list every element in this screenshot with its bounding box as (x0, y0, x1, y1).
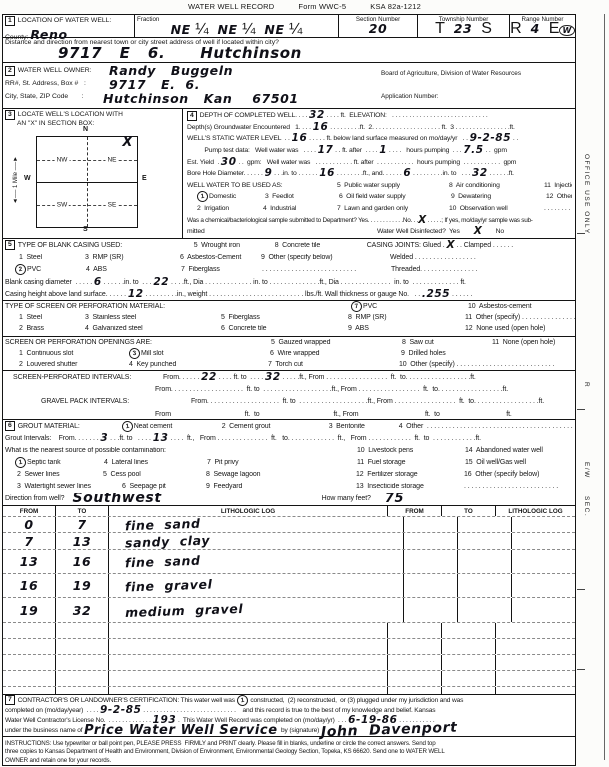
owner-address-label: RR#, St. Address, Box # : (5, 80, 86, 87)
bore-diam-2: 6 (403, 171, 411, 176)
screen-material-title: TYPE OF SCREEN OR PERFORATION MATERIAL: (5, 303, 351, 310)
range-value: 4 (531, 21, 540, 36)
from-cell-2 (388, 687, 442, 694)
contamination-question: What is the nearest source of possible c… (5, 447, 357, 454)
casing-title-line: 5TYPE OF BLANK CASING USED:5 Wrought iro… (3, 239, 575, 251)
intervals-section: SCREEN-PERFORATED INTERVALS:From. . . . … (3, 371, 575, 420)
screen-option-2: 2 Brass (19, 325, 85, 332)
opening-option-3: Mill slot (141, 350, 270, 357)
gravel-intervals-line: GRAVEL PACK INTERVALS:From. . . . . . . … (3, 396, 575, 408)
pump-gpm-value: 7.5 (463, 148, 483, 153)
quarter-mark-1: ¼ (195, 21, 208, 38)
margin-sec-label: SEC. (583, 496, 590, 517)
pump-level-value: 17 (318, 148, 334, 153)
compass-east-label: E (142, 175, 147, 182)
contam-option-15: 15 Oil well/Gas well (465, 459, 526, 466)
lith-row-2: 713sandy clay (3, 533, 575, 550)
use-title: WELL WATER TO BE USED AS: (187, 182, 337, 189)
screen-option-5: 5 Fiberglass (221, 314, 348, 321)
opening-option-2: 2 Louvered shutter (19, 361, 129, 368)
contam-option-5: 5 Cess pool (103, 471, 206, 478)
range-prefix: R (510, 20, 522, 37)
to-cell (56, 623, 109, 638)
pump-gpm-label: . . . . hours pumping . . . (387, 147, 463, 154)
sp-from-label: From. . . . . . (163, 374, 201, 381)
casing-option-5: 5 Wrought iron (194, 242, 275, 249)
to-cell-2 (458, 598, 512, 622)
location-cell: 1LOCATION OF WATER WELL: County: Reno (3, 15, 135, 37)
office-use-only-label: OFFICE USE ONLY (583, 154, 590, 235)
casing-height-value: 12 (128, 292, 144, 297)
sp-from-value: 22 (201, 375, 217, 380)
static-level-tail: . . (511, 135, 518, 142)
use-row-2: 2 Irrigation4 Industrial7 Lawn and garde… (187, 203, 572, 215)
welded-label: Welded . . . . . . . . . . . . . . . . . (390, 254, 476, 261)
opening-option-3-circled: 3 (128, 348, 140, 359)
screen-option-7-circled: 7 (350, 301, 362, 312)
office-use-margin: OFFICE USE ONLY R E/W SEC. (575, 14, 605, 760)
casing-title: TYPE OF BLANK CASING USED: (18, 242, 194, 249)
form-body: 1LOCATION OF WATER WELL: County: Reno Fr… (2, 14, 576, 766)
owner-row: 2WATER WELL OWNER: RR#, St. Address, Box… (3, 63, 575, 109)
static-level-line: WELL'S STATIC WATER LEVEL . . 16 . . . .… (187, 133, 572, 145)
log-cell: medium gravel (109, 598, 404, 622)
owner-name-value: Randy Buggeln (109, 63, 233, 78)
grout-option-4: 4 Other . . . . . . . . . . . . . . . . … (399, 423, 575, 430)
instructions-line-1: INSTRUCTIONS: Use typewriter or ball poi… (5, 739, 573, 748)
from-cell-2 (388, 623, 442, 638)
margin-tick (577, 589, 585, 590)
sample-no-x-mark: X (418, 215, 426, 226)
instructions-block: INSTRUCTIONS: Use typewriter or ball poi… (3, 737, 575, 765)
log-cell: fine gravel (109, 574, 404, 597)
est-yield-label: Est. Yield . (187, 159, 221, 166)
use-option-5: 5 Public water supply (337, 182, 449, 189)
quadrant-horizontal-divider (37, 182, 137, 183)
fraction-values: NE ¼ NE ¼ NE ¼ (135, 21, 338, 39)
openings-title: SCREEN OR PERFORATION OPENINGS ARE: (5, 339, 271, 346)
margin-tick (577, 669, 585, 670)
section-number-value: 20 (369, 21, 388, 36)
grout-title: GROUT MATERIAL: (18, 423, 122, 430)
log-cell-2 (496, 623, 575, 638)
to-cell: 19 (56, 574, 109, 597)
contam-row-1: 1Septic tank4 Lateral lines7 Pit privy11… (3, 456, 575, 468)
water-well-record-scan: WATER WELL RECORDForm WWC-5KSA 82a-1212 … (0, 0, 609, 767)
well-address-value: 9717 E 6. Hutchinson (58, 44, 302, 62)
to-cell-2 (458, 550, 512, 573)
groundwater-label: Depth(s) Groundwater Encountered 1. . . … (187, 124, 313, 131)
township-cell: Township Number T 23 S (418, 15, 510, 37)
screen-option-3: 3 Stainless steel (85, 314, 221, 321)
township-value: 23 (454, 21, 473, 36)
section-7-badge: 7 (5, 695, 15, 705)
disinfected-yes-x-mark: X (474, 226, 482, 237)
from-value: 0 (24, 517, 33, 532)
from-cell (3, 623, 56, 638)
completed-date-value: 9-2-85 (100, 708, 142, 713)
location-header-row: 1LOCATION OF WATER WELL: County: Reno Fr… (3, 15, 575, 38)
from-value: 13 (20, 554, 39, 569)
contamination-question-line: What is the nearest source of possible c… (3, 444, 575, 456)
to-cell-2 (442, 687, 496, 694)
log-cell (109, 687, 388, 694)
owner-city-label: City, State, ZIP Code : (5, 93, 83, 100)
openings-row-2: 2 Louvered shutter4 Key punched7 Torch c… (3, 359, 575, 370)
log-cell-2 (496, 687, 575, 694)
casing-option-1: 1 Steel (19, 254, 85, 261)
bore-depth-2: 32 (472, 171, 488, 176)
opening-option-5: 5 Gauzed wrapped (271, 339, 402, 346)
static-level-label: WELL'S STATIC WATER LEVEL . . (187, 135, 292, 142)
casing-row-2: 1 Steel3 RMP (SR)6 Asbestos-Cement9 Othe… (3, 251, 575, 263)
section-1-badge: 1 (5, 16, 15, 26)
use-option-2: 2 Irrigation (197, 205, 263, 212)
section-2-badge: 2 (5, 66, 15, 76)
township-prefix: T (435, 20, 445, 37)
to-cell-2 (442, 623, 496, 638)
sample-label-tail: . . . . .; If yes, mo/day/yr sample was … (426, 217, 533, 224)
margin-tick (577, 409, 585, 410)
document-title: WATER WELL RECORD (188, 2, 274, 11)
section-4-badge: 4 (187, 111, 197, 121)
opening-option-9: 9 Drilled holes (401, 350, 446, 357)
cert-line-1: 7CONTRACTOR'S OR LANDOWNER'S CERTIFICATI… (3, 695, 575, 705)
lith-row-5: 1932medium gravel (3, 598, 575, 623)
screen-intervals-label: SCREEN-PERFORATED INTERVALS: (5, 374, 163, 381)
to-cell: 13 (56, 533, 109, 549)
locate-title-1: LOCATE WELL'S LOCATION WITH (18, 111, 123, 118)
range-east: E (549, 20, 560, 37)
to-cell-2 (458, 574, 512, 597)
from-value: 19 (20, 603, 39, 618)
quadrant-ne-label: NE (105, 156, 118, 163)
lith-from-header-2: FROM (388, 506, 442, 516)
log-cell-2 (496, 655, 575, 670)
log-cell-2 (512, 533, 575, 549)
application-number-label: Application Number: (381, 93, 439, 100)
margin-tick (577, 233, 585, 234)
screen-title-line: TYPE OF SCREEN OR PERFORATION MATERIAL:7… (3, 301, 575, 312)
form-number: Form WWC-5 (298, 2, 346, 11)
from-cell: 0 (3, 517, 56, 532)
section-3-badge: 3 (5, 110, 15, 120)
cert-line-4: under the business name of Price Water W… (3, 725, 575, 735)
casing-option-3: 3 RMP (SR) (85, 254, 180, 261)
gp-row-2: From ft. to ft., From ft. to ft. (155, 411, 512, 418)
lith-row-3: 1316fine sand (3, 550, 575, 574)
elevation-label: . . . . ft. ELEVATION: . . . . . . . . .… (325, 112, 488, 119)
sp-to-label: . . . . ft. to . . . . (217, 374, 265, 381)
est-yield-line: Est. Yield . 30 . . gpm: Well water was … (187, 156, 572, 168)
pump-test-label: Pump test data: Well water was . . . . (187, 147, 318, 154)
contam-option-8: 8 Sewage lagoon (206, 471, 356, 478)
to-cell: 7 (56, 517, 109, 532)
use-title-line: WELL WATER TO BE USED AS:5 Public water … (187, 180, 572, 192)
quadrant-lower-dashed-line (37, 205, 137, 206)
lith-empty-row (3, 639, 575, 655)
use-option-1-circled: 1 (196, 191, 208, 203)
lith-from-header: FROM (3, 506, 56, 516)
casing-diameter-line: Blank casing diameter . . . . . 6 . . . … (3, 276, 575, 288)
signature-value: John Davenport (321, 725, 457, 735)
from-cell: 7 (3, 533, 56, 549)
contam-option-11: 11 Fuel storage (357, 459, 465, 466)
gravel-intervals-label: GRAVEL PACK INTERVALS: (5, 398, 191, 405)
screen-row-1: 1 Steel3 Stainless steel5 Fiberglass8 RM… (3, 312, 575, 323)
screen-option-12: 12 None used (open hole) (465, 325, 545, 332)
margin-ew-label: E/W (583, 462, 590, 479)
from-cell: 16 (3, 574, 56, 597)
signature-label: by (signature) (278, 727, 321, 734)
opening-option-7: 7 Torch cut (268, 361, 399, 368)
fraction-1: NE (171, 22, 191, 37)
openings-row-1: 1 Continuous slot3Mill slot6 Wire wrappe… (3, 348, 575, 359)
section-5-badge: 5 (5, 240, 15, 250)
opening-option-6: 6 Wire wrapped (270, 350, 401, 357)
use-option-3: 3 Feedlot (265, 193, 339, 200)
contam-option-6: 6 Seepage pit (122, 483, 206, 490)
bore-depth-1: 16 (319, 171, 335, 176)
groundwater-line: Depth(s) Groundwater Encountered 1. . . … (187, 122, 572, 134)
grout-to-value: 13 (153, 436, 169, 441)
screen-intervals-line-2: From. . . . . . . . . . . . . . . . . . … (3, 383, 575, 395)
quadrant-nw-label: NW (55, 156, 70, 163)
gp-row-1: From. . . . . . . . . . . . . . . . . . … (191, 398, 544, 405)
disinfected-no-label: No (496, 228, 504, 235)
locate-title-line2: AN "X" IN SECTION BOX: (3, 119, 182, 128)
instructions-line-2: three copies to Kansas Department of Hea… (5, 748, 573, 757)
grout-option-3: 3 Bentonite (329, 423, 399, 430)
from-cell-2 (404, 517, 458, 532)
log-cell (109, 671, 388, 686)
to-cell: 32 (56, 598, 109, 622)
contam-row-2: 2 Sewer lines5 Cess pool8 Sewage lagoon1… (3, 468, 575, 480)
well-location-x-mark: X (122, 135, 133, 150)
contam-option-9: 9 Feedyard (206, 483, 356, 490)
sp-to-value: 32 (265, 375, 281, 380)
contam-option-16: 16 Other (specify below) (464, 471, 539, 478)
casing-diameter-tail: . . . .ft., Dia . . . . . . . . . . . . … (169, 279, 466, 286)
bore-diam-1: 9 (264, 171, 272, 176)
log-cell: fine sand (109, 550, 404, 573)
pump-hours-value: 1 (379, 148, 387, 153)
to-value: 19 (73, 578, 92, 593)
ksa-number: KSA 82a-1212 (370, 2, 421, 11)
to-value: 13 (73, 534, 92, 549)
from-cell: 13 (3, 550, 56, 573)
disinfected-line: mittedWater Well Disinfected? YesXNo (187, 226, 572, 238)
contam-option-10: 10 Livestock pens (357, 447, 465, 454)
contam-option-14: 14 Abandoned water well (465, 447, 543, 454)
direction-value: Southwest (72, 496, 161, 501)
casing-height-label: Casing height above land surface. . . . … (5, 291, 128, 298)
glued-x-mark: X (446, 240, 454, 251)
owner-city-value: Hutchinson Kan 67501 (103, 91, 299, 106)
to-value: 32 (73, 603, 92, 618)
agency-name: Board of Agriculture, Division of Water … (381, 70, 521, 77)
direction-label: Direction from well? (5, 495, 64, 502)
lith-empty-row (3, 671, 575, 687)
screen-option-7: PVC (363, 303, 468, 310)
log-cell (109, 623, 388, 638)
document-title-row: WATER WELL RECORDForm WWC-5KSA 82a-1212 (0, 0, 609, 14)
cert-text-1a: CONTRACTOR'S OR LANDOWNER'S CERTIFICATIO… (18, 697, 237, 704)
casing-diameter-value: 6 (94, 280, 102, 285)
contam-row-3: 3 Watertight sewer lines6 Seepage pit9 F… (3, 480, 575, 492)
sp-tail: . . . . .ft., From . . . . . . . . . . .… (281, 374, 476, 381)
casing-depth-value: 22 (153, 280, 169, 285)
section-box-and-well-data-row: 3LOCATE WELL'S LOCATION WITH AN "X" IN S… (3, 109, 575, 239)
use-other-dots: . . . . . . . . . . . . . . . . . . . . … (544, 205, 572, 212)
to-cell-2 (442, 639, 496, 654)
contam-other-dots: . . . . . . . . . . . . . . . . . . . . … (464, 483, 558, 490)
lith-row-1: 07fine sand (3, 517, 575, 533)
feet-label: How many feet? (322, 495, 371, 502)
opening-option-10: 10 Other (specify) . . . . . . . . . . .… (399, 361, 554, 368)
casing-option-6: 6 Asbestos-Cement (180, 254, 261, 261)
business-name-label: under the business name of (5, 727, 84, 734)
grout-option-1-circled: 1 (121, 420, 133, 432)
contam-option-1-circled: 1 (14, 456, 26, 468)
log-cell-2 (512, 550, 575, 573)
grout-intervals-label: Grout Intervals: From. . . . . . . (5, 435, 100, 442)
lith-to-header-2: TO (442, 506, 496, 516)
to-cell-2 (442, 671, 496, 686)
log-cell (109, 655, 388, 670)
screen-option-6: 6 Concrete tile (221, 325, 348, 332)
owner-title-line: 2WATER WELL OWNER: (5, 66, 92, 76)
log-cell-2 (512, 517, 575, 532)
groundwater-depth-1: 16 (313, 125, 329, 130)
bore-mid-2: . . . . . . . .ft., and. . . . . . (335, 170, 403, 177)
casing-option-2: PVC (27, 266, 86, 273)
bore-tail: . . . . . .ft. (488, 170, 514, 177)
bore-label: Bore Hole Diameter. . . . . . (187, 170, 264, 177)
lith-log-header: LITHOLOGIC LOG (109, 506, 388, 516)
est-yield-tail: . . gpm: Well water was . . . . . . . . … (237, 159, 517, 166)
screen-option-9: 9 ABS (348, 325, 465, 332)
certification-section: 7CONTRACTOR'S OR LANDOWNER'S CERTIFICATI… (3, 695, 575, 737)
quadrant-se-label: SE (106, 201, 119, 208)
grout-option-1: Neat cement (134, 423, 222, 430)
fraction-2: NE (218, 22, 238, 37)
opening-option-4: 4 Key punched (129, 361, 268, 368)
lith-empty-row (3, 687, 575, 694)
from-cell (3, 671, 56, 686)
bore-hole-line: Bore Hole Diameter. . . . . . 9 . . .in.… (187, 168, 572, 180)
section-6-badge: 6 (5, 421, 15, 431)
casing-diameter-label: Blank casing diameter . . . . . (5, 279, 94, 286)
sample-label: Was a chemical/bacteriological sample su… (187, 217, 418, 224)
use-option-8: 8 Air conditioning (449, 182, 544, 189)
casing-joints-label: CASING JOINTS: Glued . (367, 242, 447, 249)
pump-test-line: Pump test data: Well water was . . . . 1… (187, 145, 572, 157)
contam-option-4: 4 Lateral lines (104, 459, 207, 466)
to-cell (56, 687, 109, 694)
to-value: 7 (77, 517, 86, 532)
sp-row-2: From. . . . . . . . . . . . . . . . . . … (155, 386, 508, 393)
casing-height-tail: . . . . . . (450, 291, 472, 298)
lith-header-row: FROM TO LITHOLOGIC LOG FROM TO LITHOLOGI… (3, 506, 575, 517)
owner-address-value: 9717 E. 6. (109, 77, 200, 92)
to-cell (56, 639, 109, 654)
casing-weight-label: . . . . . . . . .in., weight . . . . . .… (144, 291, 422, 298)
contam-option-1: Septic tank (27, 459, 104, 466)
cert-text-2b: . . . . . . . . . . . . . . . . . . . . … (142, 707, 436, 714)
casing-option-7: 7 Fiberglass (181, 266, 262, 273)
use-option-6: 6 Oil field water supply (339, 193, 451, 200)
range-cell: Range Number R 4 EW (510, 15, 575, 37)
lith-to-header: TO (56, 506, 109, 516)
log-cell: fine sand (109, 517, 404, 532)
quarter-mark-2: ¼ (242, 21, 255, 38)
owner-title: WATER WELL OWNER: (18, 67, 92, 74)
depth-line: 4DEPTH OF COMPLETED WELL. . . . 32 . . .… (187, 110, 572, 122)
quadrant-sw-label: SW (55, 201, 69, 208)
casing-section: 5TYPE OF BLANK CASING USED:5 Wrought iro… (3, 239, 575, 301)
bore-mid-1: . . .in. to . . . . . . (272, 170, 319, 177)
opening-option-8: 8 Saw cut (402, 339, 492, 346)
use-option-4: 4 Industrial (263, 205, 337, 212)
use-option-10: 10 Observation well (449, 205, 544, 212)
contam-option-12: 12 Fertilizer storage (356, 471, 464, 478)
contam-option-3: 3 Watertight sewer lines (17, 483, 122, 490)
from-cell-2 (404, 598, 458, 622)
casing-option-4: 4 ABS (86, 266, 181, 273)
casing-other-dots: . . . . . . . . . . . . . . . . . . . . … (262, 266, 391, 273)
compass-west-label: W (24, 175, 31, 182)
from-cell-2 (388, 639, 442, 654)
log-cell: sandy clay (109, 533, 404, 549)
log-cell (109, 639, 388, 654)
from-value: 7 (24, 534, 33, 549)
township-suffix: S (481, 20, 492, 37)
use-option-1: Domestic (209, 193, 265, 200)
from-cell-2 (388, 655, 442, 670)
to-cell (56, 655, 109, 670)
log-value: medium gravel (125, 600, 244, 619)
license-value: 193 (153, 718, 177, 723)
from-cell-2 (404, 550, 458, 573)
screen-option-11: 11 Other (specify) . . . . . . . . . . .… (465, 314, 575, 321)
use-option-7: 7 Lawn and garden only (337, 205, 449, 212)
log-value: fine sand (125, 516, 201, 534)
from-value: 16 (20, 578, 39, 593)
lithologic-log-table: FROM TO LITHOLOGIC LOG FROM TO LITHOLOGI… (3, 506, 575, 695)
depth-label: DEPTH OF COMPLETED WELL. . . . (200, 112, 309, 119)
grout-title-line: 6GROUT MATERIAL:1Neat cement2 Cement gro… (3, 420, 575, 432)
grout-option-2: 2 Cement grout (222, 423, 329, 430)
cert-line-2: completed on (mo/day/year) . . . . 9-2-8… (3, 705, 575, 715)
completed-on-label: completed on (mo/day/year) . . . . (5, 707, 100, 714)
opening-option-1: 1 Continuous slot (19, 350, 129, 357)
section-number-cell: Section Number 20 (339, 15, 418, 37)
casing-diameter-mid: . . . . . .in. to . . . (102, 279, 153, 286)
compass-north-label: N (83, 126, 88, 133)
grout-section: 6GROUT MATERIAL:1Neat cement2 Cement gro… (3, 420, 575, 506)
static-level-date: 9-2-85 (470, 136, 512, 141)
quarter-mark-3: ¼ (289, 21, 302, 38)
from-cell (3, 655, 56, 670)
static-level-label-mid: . . . . . ft. below land surface measure… (307, 135, 469, 142)
pump-gpm-unit: . . gpm (484, 147, 507, 154)
use-option-11: 11 Injection well (544, 182, 572, 189)
log-cell-2 (512, 598, 575, 622)
from-cell-2 (404, 533, 458, 549)
log-value: sandy clay (125, 532, 211, 550)
log-value: fine sand (125, 553, 201, 571)
